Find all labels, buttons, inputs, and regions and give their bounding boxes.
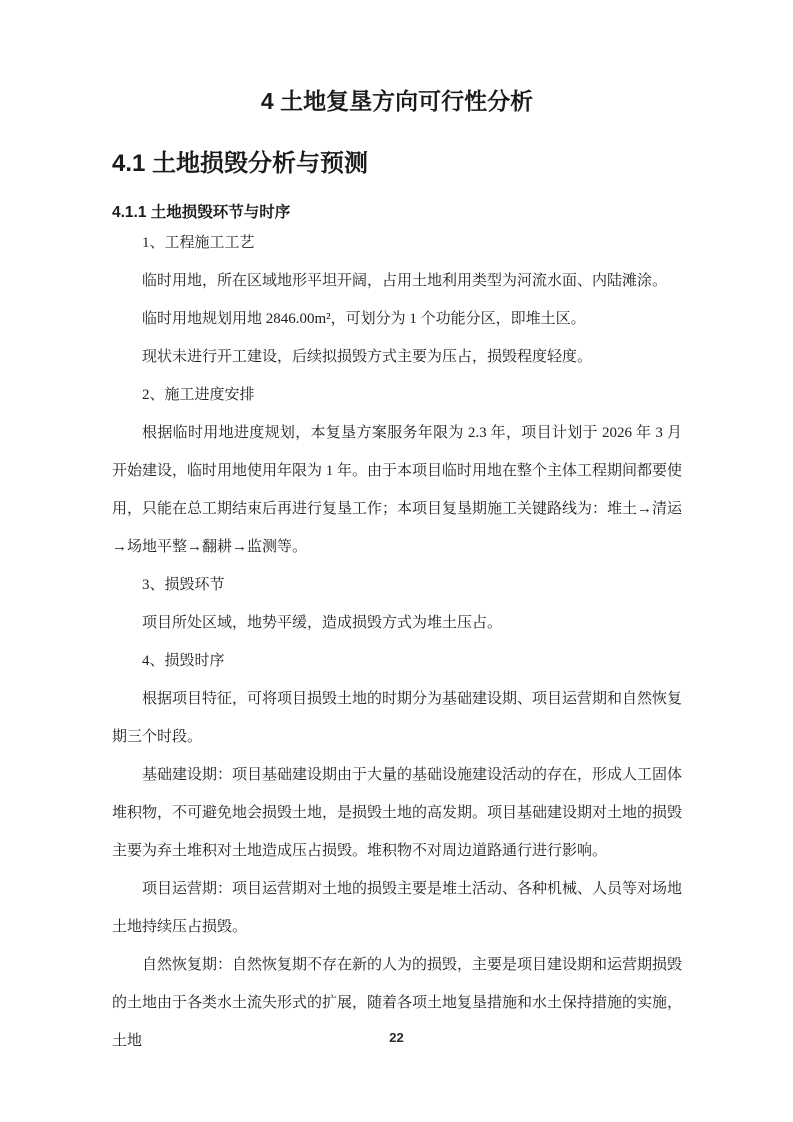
paragraph: 3、损毁环节	[112, 566, 682, 604]
paragraph: 临时用地，所在区域地形平坦开阔，占用土地利用类型为河流水面、内陆滩涂。	[112, 262, 682, 300]
paragraph: 2、施工进度安排	[112, 376, 682, 414]
page-number: 22	[0, 1030, 793, 1045]
paragraph: 4、损毁时序	[112, 642, 682, 680]
paragraph: 1、工程施工工艺	[112, 224, 682, 262]
paragraph: 项目所处区域，地势平缓，造成损毁方式为堆土压占。	[112, 604, 682, 642]
subsection-heading: 4.1.1 土地损毁环节与时序	[112, 202, 682, 224]
paragraph: 基础建设期：项目基础建设期由于大量的基础设施建设活动的存在，形成人工固体堆积物，…	[112, 756, 682, 870]
paragraph: 临时用地规划用地 2846.00m²，可划分为 1 个功能分区，即堆土区。	[112, 300, 682, 338]
document-page: 4 土地复垦方向可行性分析 4.1 土地损毁分析与预测 4.1.1 土地损毁环节…	[0, 0, 793, 1122]
paragraph: 现状未进行开工建设，后续拟损毁方式主要为压占，损毁程度轻度。	[112, 338, 682, 376]
document-body: 1、工程施工工艺 临时用地，所在区域地形平坦开阔，占用土地利用类型为河流水面、内…	[112, 224, 682, 1060]
document-title: 4 土地复垦方向可行性分析	[112, 86, 682, 116]
paragraph: 根据临时用地进度规划，本复垦方案服务年限为 2.3 年，项目计划于 2026 年…	[112, 414, 682, 566]
paragraph: 项目运营期：项目运营期对土地的损毁主要是堆土活动、各种机械、人员等对场地土地持续…	[112, 870, 682, 946]
paragraph: 根据项目特征，可将项目损毁土地的时期分为基础建设期、项目运营期和自然恢复期三个时…	[112, 680, 682, 756]
section-heading: 4.1 土地损毁分析与预测	[112, 148, 682, 180]
